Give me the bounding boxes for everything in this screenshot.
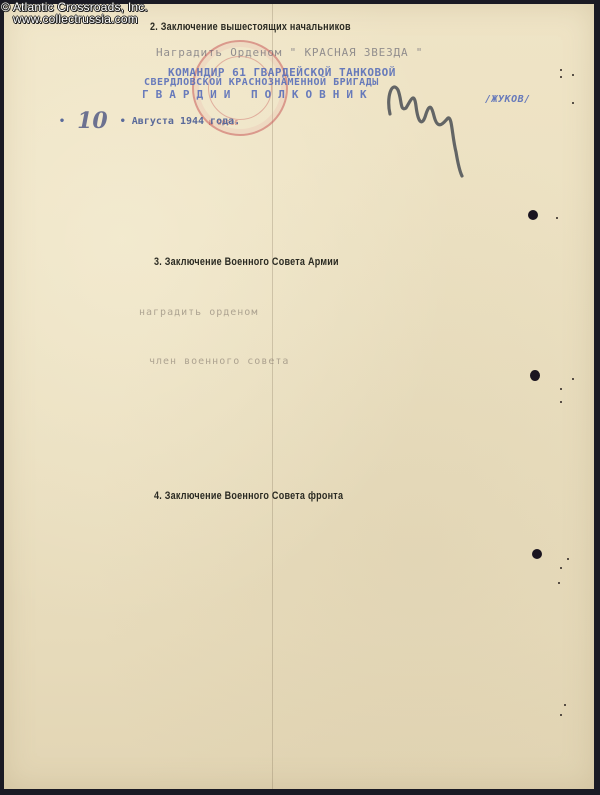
punch-hole — [532, 549, 542, 559]
speck — [560, 388, 562, 390]
faded-army-line-1: наградить орденом — [139, 307, 258, 318]
speck — [560, 69, 562, 71]
speck — [560, 567, 562, 569]
section-3-heading: 3. Заключение Военного Совета Армии — [154, 256, 339, 268]
date-dot: • — [59, 116, 65, 127]
speck — [560, 401, 562, 403]
punch-hole — [528, 210, 538, 220]
stamp-rank-line: ГВАРДИИ ПОЛКОВНИК — [142, 88, 374, 101]
speck — [567, 558, 569, 560]
speck — [572, 102, 574, 104]
signature — [386, 72, 466, 182]
speck — [558, 582, 560, 584]
speck — [556, 217, 558, 219]
speck — [572, 74, 574, 76]
faded-army-line-2: член военного совета — [149, 356, 289, 367]
date-day-handwritten: 10 — [77, 108, 108, 134]
signature-name-stamp: /ЖУКОВ/ — [485, 94, 531, 105]
stamp-brigade-line: СВЕРДЛОВСКОЙ КРАСНОЗНАМЕННОЙ БРИГАДЫ — [144, 77, 379, 88]
date-text: Августа 1944 года. — [132, 116, 240, 127]
punch-hole — [530, 370, 540, 381]
section-4-heading: 4. Заключение Военного Совета фронта — [154, 490, 343, 502]
award-line: Наградить Орденом " КРАСНАЯ ЗВЕЗДА " — [156, 46, 423, 59]
speck — [564, 704, 566, 706]
section-2-heading: 2. Заключение вышестоящих начальников — [150, 21, 351, 33]
watermark-url: www.collectrussia.com — [13, 13, 138, 25]
date-dot: • — [120, 116, 126, 127]
document-page: 2. Заключение вышестоящих начальников № … — [4, 4, 594, 789]
speck — [560, 76, 562, 78]
speck — [560, 714, 562, 716]
date-line: • 10 • Августа 1944 года. — [59, 104, 240, 130]
speck — [572, 378, 574, 380]
